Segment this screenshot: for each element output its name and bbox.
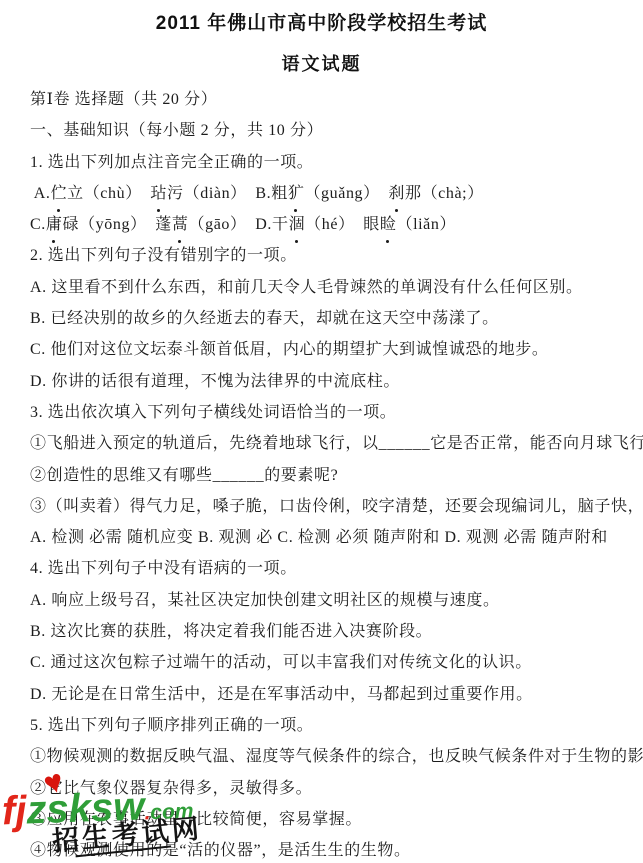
emphasized-char: 伫 — [50, 178, 67, 209]
text-line-5: C.庸碌（yōng） 蓬蒿（gāo） D.干涸（hé） 眼睑（liǎn） — [30, 209, 639, 240]
emphasized-char: 玷 — [150, 178, 167, 209]
text-line-18: B. 这次比赛的获胜，将决定着我们能否进入决赛阶段。 — [30, 616, 639, 647]
text-line-19: C. 通过这次包粽子过端午的活动，可以丰富我们对传统文化的认识。 — [30, 647, 639, 678]
text-line-4: A.伫立（chù） 玷污（diàn） B.粗犷（guǎng） 刹那（chà;） — [30, 178, 639, 209]
watermark-logo-prefix: fj — [1, 788, 27, 833]
text-segment: 那（chà;） — [405, 185, 484, 202]
emphasized-char: 涸 — [289, 209, 306, 240]
exam-body-text: 第Ⅰ卷 选择题（共 20 分）一、基础知识（每小题 2 分，共 10 分）1. … — [30, 84, 639, 863]
exam-subtitle: 语文试题 — [0, 50, 643, 76]
text-line-17: A. 响应上级号召，某社区决定加快创建文明社区的规模与速度。 — [30, 585, 639, 616]
text-line-1: 第Ⅰ卷 选择题（共 20 分） — [30, 84, 639, 115]
exam-title: 2011 年佛山市高中阶段学校招生考试 — [0, 8, 643, 35]
emphasized-char: 蒿 — [172, 209, 189, 240]
text-segment: （liǎn） — [396, 216, 456, 233]
text-segment: A. — [30, 185, 50, 202]
exam-paper-page: 2011 年佛山市高中阶段学校招生考试 语文试题 第Ⅰ卷 选择题（共 20 分）… — [0, 0, 643, 863]
text-line-8: B. 已经决别的故乡的久经逝去的春天，却就在这天空中荡漾了。 — [30, 303, 639, 334]
text-line-11: 3. 选出依次填入下列句子横线处词语恰当的一项。 — [30, 397, 639, 428]
text-line-7: A. 这里看不到什么东西，和前几天令人毛骨竦然的单调没有什么任何区别。 — [30, 272, 639, 303]
emphasized-char: 犷 — [288, 178, 305, 209]
text-line-25: ④物候观测使用的是“活的仪器”，是活生生的生物。 — [30, 835, 639, 863]
text-line-12: ①飞船进入预定的轨道后，先绕着地球飞行，以______它是否正常，能否向月球飞行… — [30, 428, 639, 459]
text-line-6: 2. 选出下列句子没有错别字的一项。 — [30, 240, 639, 271]
text-segment: 污（diàn） B.粗 — [167, 185, 288, 202]
text-line-24: ③应用在农事活动里，比较简便，容易掌握。 — [30, 804, 639, 835]
text-line-20: D. 无论是在日常生活中，还是在军事活动中，马都起到过重要作用。 — [30, 679, 639, 710]
emphasized-char: 刹 — [388, 178, 405, 209]
text-line-15: A. 检测 必需 随机应变 B. 观测 必 C. 检测 必须 随声附和 D. 观… — [30, 522, 639, 553]
text-segment: 立（chù） — [67, 185, 150, 202]
text-line-3: 1. 选出下列加点注音完全正确的一项。 — [30, 147, 639, 178]
text-line-2: 一、基础知识（每小题 2 分，共 10 分） — [30, 115, 639, 146]
text-segment: （gāo） D.干 — [189, 216, 289, 233]
emphasized-char: 睑 — [380, 209, 397, 240]
text-line-21: 5. 选出下列句子顺序排列正确的一项。 — [30, 710, 639, 741]
text-segment: （guǎng） — [304, 185, 388, 202]
text-line-22: ①物候观测的数据反映气温、湿度等气候条件的综合，也反映气候条件对于生物的影响。 — [30, 741, 639, 772]
text-line-10: D. 你讲的话很有道理，不愧为法律界的中流底柱。 — [30, 366, 639, 397]
text-segment: 碌（yōng） 蓬 — [62, 216, 171, 233]
text-segment: （hé） 眼 — [305, 216, 380, 233]
text-segment: C. — [30, 216, 46, 233]
text-line-9: C. 他们对这位文坛泰斗颔首低眉，内心的期望扩大到诚惶诚恐的地步。 — [30, 334, 639, 365]
text-line-13: ②创造性的思维又有哪些______的要素呢? — [30, 460, 639, 491]
text-line-16: 4. 选出下列句子中没有语病的一项。 — [30, 553, 639, 584]
text-line-14: ③（叫卖着）得气力足，嗓子脆，口齿伶俐，咬字清楚，还要会现编词儿，脑子快，能__… — [30, 491, 639, 522]
text-line-23: ②它比气象仪器复杂得多，灵敏得多。 — [30, 773, 639, 804]
emphasized-char: 庸 — [46, 209, 63, 240]
